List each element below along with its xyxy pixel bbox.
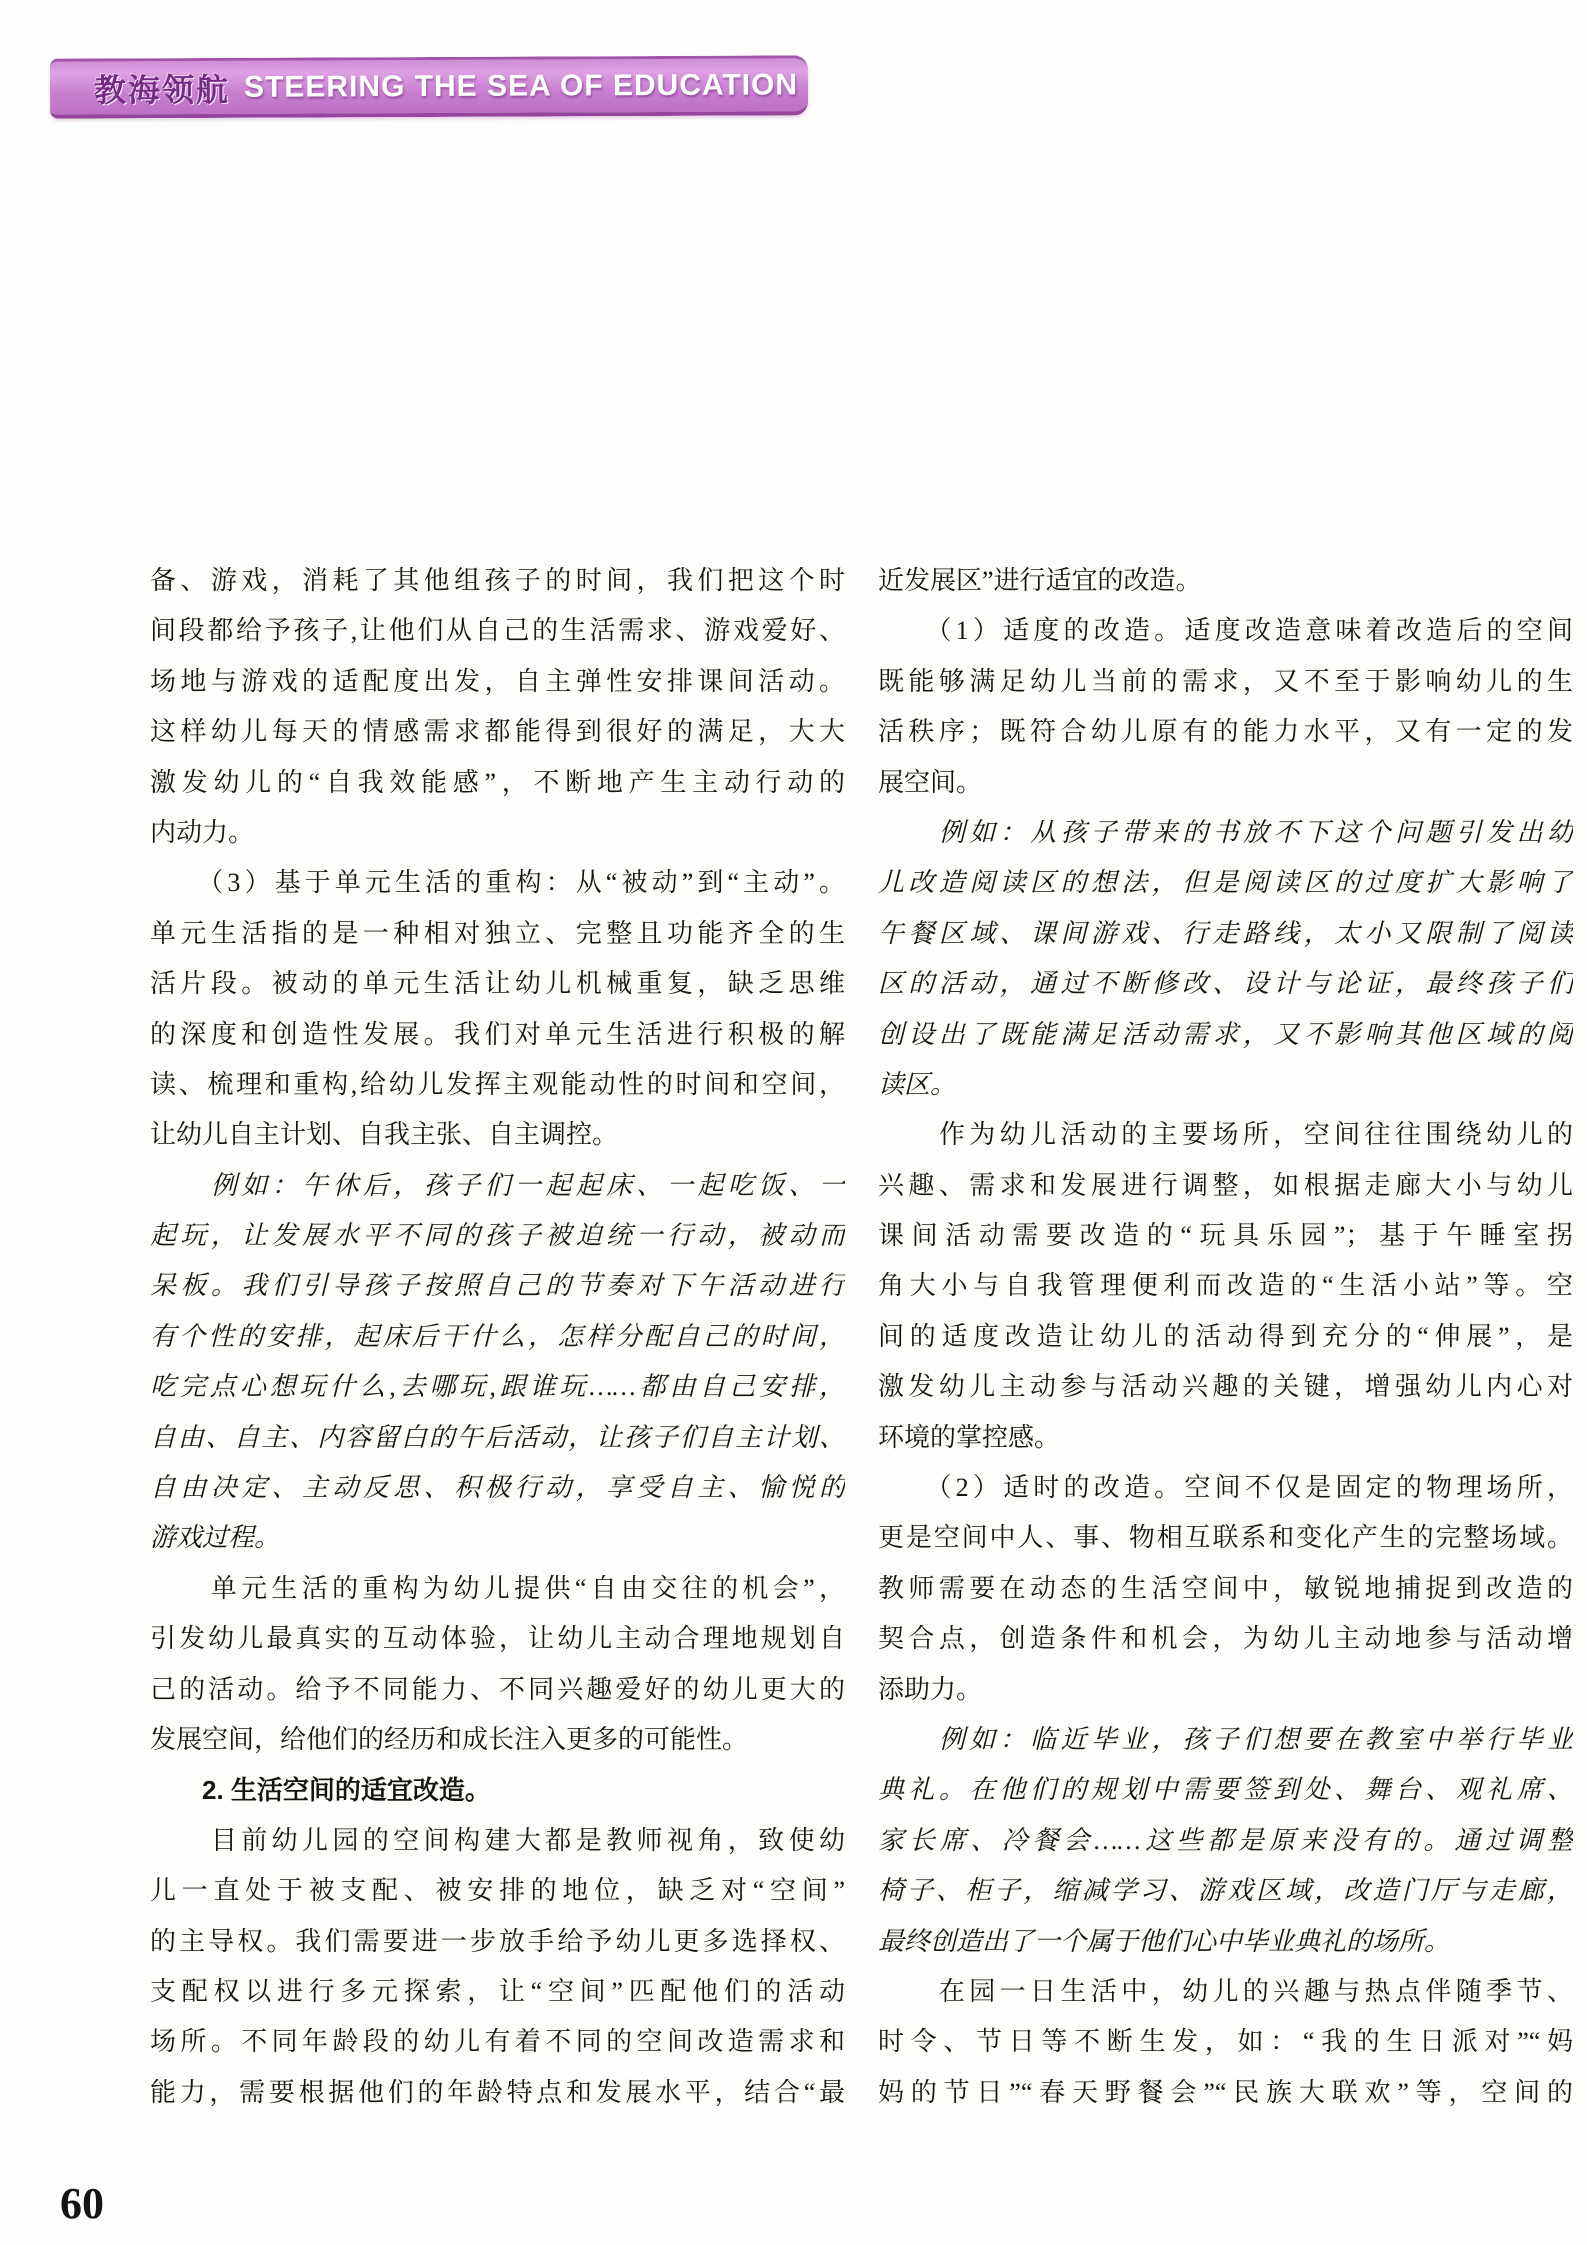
- text-line: 例如：从孩子带来的书放不下这个问题引发出幼: [878, 808, 1573, 858]
- text-line: 在园一日生活中，幼儿的兴趣与热点伴随季节、: [878, 1967, 1573, 2017]
- text-line: 场地与游戏的适配度出发，自主弹性安排课间活动。: [150, 657, 845, 707]
- text-line: （3）基于单元生活的重构：从“被动”到“主动”。: [150, 858, 845, 908]
- text-line: 例如：临近毕业，孩子们想要在教室中举行毕业: [878, 1715, 1573, 1765]
- text-line: 间的适度改造让幼儿的活动得到充分的“伸展”，是: [878, 1312, 1573, 1362]
- text-line: 展空间。: [878, 758, 1573, 808]
- text-line: 的深度和创造性发展。我们对单元生活进行积极的解: [150, 1010, 845, 1060]
- text-line: 添助力。: [878, 1665, 1573, 1715]
- text-line: 妈的节日”“春天野餐会”“民族大联欢”等，空间的: [878, 2068, 1573, 2118]
- article-right-column: 近发展区”进行适宜的改造。 （1）适度的改造。适度改造意味着改造后的空间既能够满…: [878, 556, 1573, 2118]
- text-line: 自由、自主、内容留白的午后活动，让孩子们自主计划、: [150, 1413, 845, 1463]
- text-line: 吃完点心想玩什么,去哪玩,跟谁玩……都由自己安排，: [150, 1362, 845, 1412]
- text-line: 引发幼儿最真实的互动体验，让幼儿主动合理地规划自: [150, 1614, 845, 1664]
- text-line: 发展空间，给他们的经历和成长注入更多的可能性。: [150, 1715, 845, 1765]
- text-line: （1）适度的改造。适度改造意味着改造后的空间: [878, 606, 1573, 656]
- text-line: 起玩，让发展水平不同的孩子被迫统一行动，被动而: [150, 1211, 845, 1261]
- text-line: 家长席、冷餐会……这些都是原来没有的。通过调整: [878, 1816, 1573, 1866]
- text-line: 读区。: [878, 1060, 1573, 1110]
- text-line: 能力，需要根据他们的年龄特点和发展水平，结合“最: [150, 2068, 845, 2118]
- text-line: 时令、节日等不断生发，如：“我的生日派对”“妈: [878, 2017, 1573, 2067]
- text-line: 支配权以进行多元探索，让“空间”匹配他们的活动: [150, 1967, 845, 2017]
- header-banner: 教海领航 STEERING THE SEA OF EDUCATION: [50, 55, 808, 118]
- text-line: 教师需要在动态的生活空间中，敏锐地捕捉到改造的: [878, 1564, 1573, 1614]
- banner-title-en: STEERING THE SEA OF EDUCATION: [244, 68, 798, 104]
- text-line: 典礼。在他们的规划中需要签到处、舞台、观礼席、: [878, 1765, 1573, 1815]
- text-line: 激发幼儿主动参与活动兴趣的关键，增强幼儿内心对: [878, 1362, 1573, 1412]
- text-line: 作为幼儿活动的主要场所，空间往往围绕幼儿的: [878, 1110, 1573, 1160]
- page-number: 60: [60, 2178, 104, 2229]
- text-line: 更是空间中人、事、物相互联系和变化产生的完整场域。: [878, 1513, 1573, 1563]
- text-line: 例如：午休后，孩子们一起起床、一起吃饭、一: [150, 1161, 845, 1211]
- text-line: （2）适时的改造。空间不仅是固定的物理场所，: [878, 1463, 1573, 1513]
- text-line: 游戏过程。: [150, 1513, 845, 1563]
- text-line: 单元生活指的是一种相对独立、完整且功能齐全的生: [150, 909, 845, 959]
- text-line: 创设出了既能满足活动需求，又不影响其他区域的阅: [878, 1010, 1573, 1060]
- text-line: 儿一直处于被支配、被安排的地位，缺乏对“空间”: [150, 1866, 845, 1916]
- article-left-column: 备、游戏，消耗了其他组孩子的时间，我们把这个时间段都给予孩子,让他们从自己的生活…: [150, 556, 845, 2118]
- text-line: 儿改造阅读区的想法，但是阅读区的过度扩大影响了: [878, 858, 1573, 908]
- text-line: 近发展区”进行适宜的改造。: [878, 556, 1573, 606]
- text-line: 间段都给予孩子,让他们从自己的生活需求、游戏爱好、: [150, 606, 845, 656]
- text-line: 契合点，创造条件和机会，为幼儿主动地参与活动增: [878, 1614, 1573, 1664]
- text-line: 最终创造出了一个属于他们心中毕业典礼的场所。: [878, 1917, 1573, 1967]
- text-line: 有个性的安排，起床后干什么，怎样分配自己的时间，: [150, 1312, 845, 1362]
- text-line: 内动力。: [150, 808, 845, 858]
- text-line: 单元生活的重构为幼儿提供“自由交往的机会”，: [150, 1564, 845, 1614]
- text-line: 呆板。我们引导孩子按照自己的节奏对下午活动进行: [150, 1261, 845, 1311]
- text-line: 读、梳理和重构,给幼儿发挥主观能动性的时间和空间，: [150, 1060, 845, 1110]
- text-line: 自由决定、主动反思、积极行动，享受自主、愉悦的: [150, 1463, 845, 1513]
- banner-logo-cn: 教海领航: [94, 64, 230, 111]
- text-line: 兴趣、需求和发展进行调整，如根据走廊大小与幼儿: [878, 1161, 1573, 1211]
- text-line: 目前幼儿园的空间构建大都是教师视角，致使幼: [150, 1816, 845, 1866]
- text-line: 己的活动。给予不同能力、不同兴趣爱好的幼儿更大的: [150, 1665, 845, 1715]
- text-line: 角大小与自我管理便利而改造的“生活小站”等。空: [878, 1261, 1573, 1311]
- text-line: 让幼儿自主计划、自我主张、自主调控。: [150, 1110, 845, 1160]
- text-line: 椅子、柜子，缩减学习、游戏区域，改造门厅与走廊，: [878, 1866, 1573, 1916]
- text-line: 既能够满足幼儿当前的需求，又不至于影响幼儿的生: [878, 657, 1573, 707]
- text-line: 这样幼儿每天的情感需求都能得到很好的满足，大大: [150, 707, 845, 757]
- text-line: 活秩序；既符合幼儿原有的能力水平，又有一定的发: [878, 707, 1573, 757]
- magazine-page: 教海领航 STEERING THE SEA OF EDUCATION 备、游戏，…: [0, 0, 1587, 2245]
- text-line: 的主导权。我们需要进一步放手给予幼儿更多选择权、: [150, 1917, 845, 1967]
- text-line: 激发幼儿的“自我效能感”，不断地产生主动行动的: [150, 758, 845, 808]
- text-line: 场所。不同年龄段的幼儿有着不同的空间改造需求和: [150, 2017, 845, 2067]
- text-line: 活片段。被动的单元生活让幼儿机械重复，缺乏思维: [150, 959, 845, 1009]
- text-line: 午餐区域、课间游戏、行走路线，太小又限制了阅读: [878, 909, 1573, 959]
- text-line: 区的活动，通过不断修改、设计与论证，最终孩子们: [878, 959, 1573, 1009]
- text-line: 2. 生活空间的适宜改造。: [150, 1765, 845, 1815]
- text-line: 环境的掌控感。: [878, 1413, 1573, 1463]
- text-line: 课间活动需要改造的“玩具乐园”；基于午睡室拐: [878, 1211, 1573, 1261]
- text-line: 备、游戏，消耗了其他组孩子的时间，我们把这个时: [150, 556, 845, 606]
